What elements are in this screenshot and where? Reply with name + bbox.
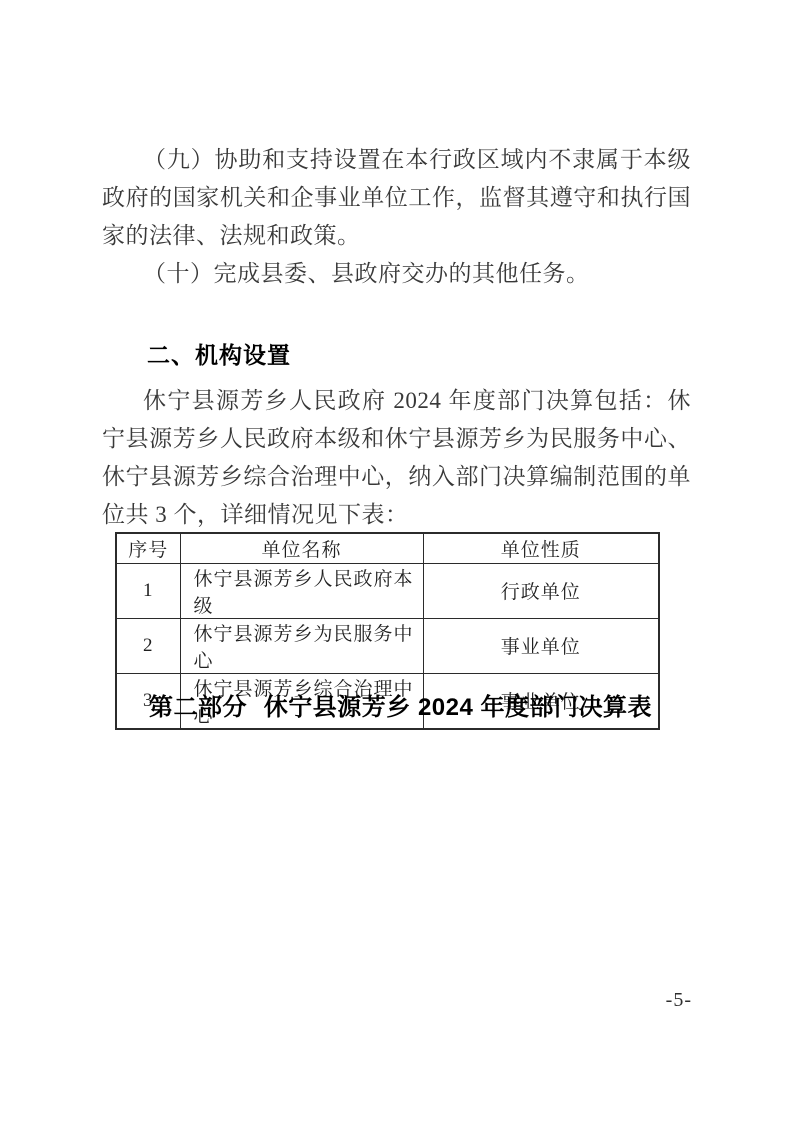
cell-seq: 1 bbox=[116, 563, 180, 618]
table-header-row: 序号 单位名称 单位性质 bbox=[116, 533, 659, 563]
section-heading-organization-setup: 二、机构设置 bbox=[102, 337, 691, 370]
table-header-unit-name: 单位名称 bbox=[180, 533, 423, 563]
cell-unit-type: 行政单位 bbox=[423, 563, 659, 618]
table-header-unit-type: 单位性质 bbox=[423, 533, 659, 563]
cell-unit-name: 休宁县源芳乡人民政府本级 bbox=[180, 563, 423, 618]
table-header-seq: 序号 bbox=[116, 533, 180, 563]
paragraph-duty-item-10: （十）完成县委、县政府交办的其他任务。 bbox=[102, 255, 691, 293]
cell-unit-type: 事业单位 bbox=[423, 618, 659, 673]
paragraph-organization-overview: 休宁县源芳乡人民政府 2024 年度部门决算包括：休宁县源芳乡人民政府本级和休宁… bbox=[102, 382, 691, 534]
table-row: 2 休宁县源芳乡为民服务中心 事业单位 bbox=[116, 618, 659, 673]
table-row: 1 休宁县源芳乡人民政府本级 行政单位 bbox=[116, 563, 659, 618]
cell-unit-name: 休宁县源芳乡为民服务中心 bbox=[180, 618, 423, 673]
document-page: （九）协助和支持设置在本行政区域内不隶属于本级政府的国家机关和企事业单位工作，监… bbox=[0, 0, 793, 1122]
page-number: -5- bbox=[102, 989, 692, 1012]
paragraph-duty-item-9: （九）协助和支持设置在本行政区域内不隶属于本级政府的国家机关和企事业单位工作，监… bbox=[102, 141, 691, 255]
part2-heading: 第二部分休宁县源芳乡 2024 年度部门决算表 bbox=[102, 687, 691, 722]
part2-heading-title: 休宁县源芳乡 2024 年度部门决算表 bbox=[264, 694, 652, 721]
cell-seq: 2 bbox=[116, 618, 180, 673]
part2-heading-label: 第二部分 bbox=[149, 694, 247, 721]
